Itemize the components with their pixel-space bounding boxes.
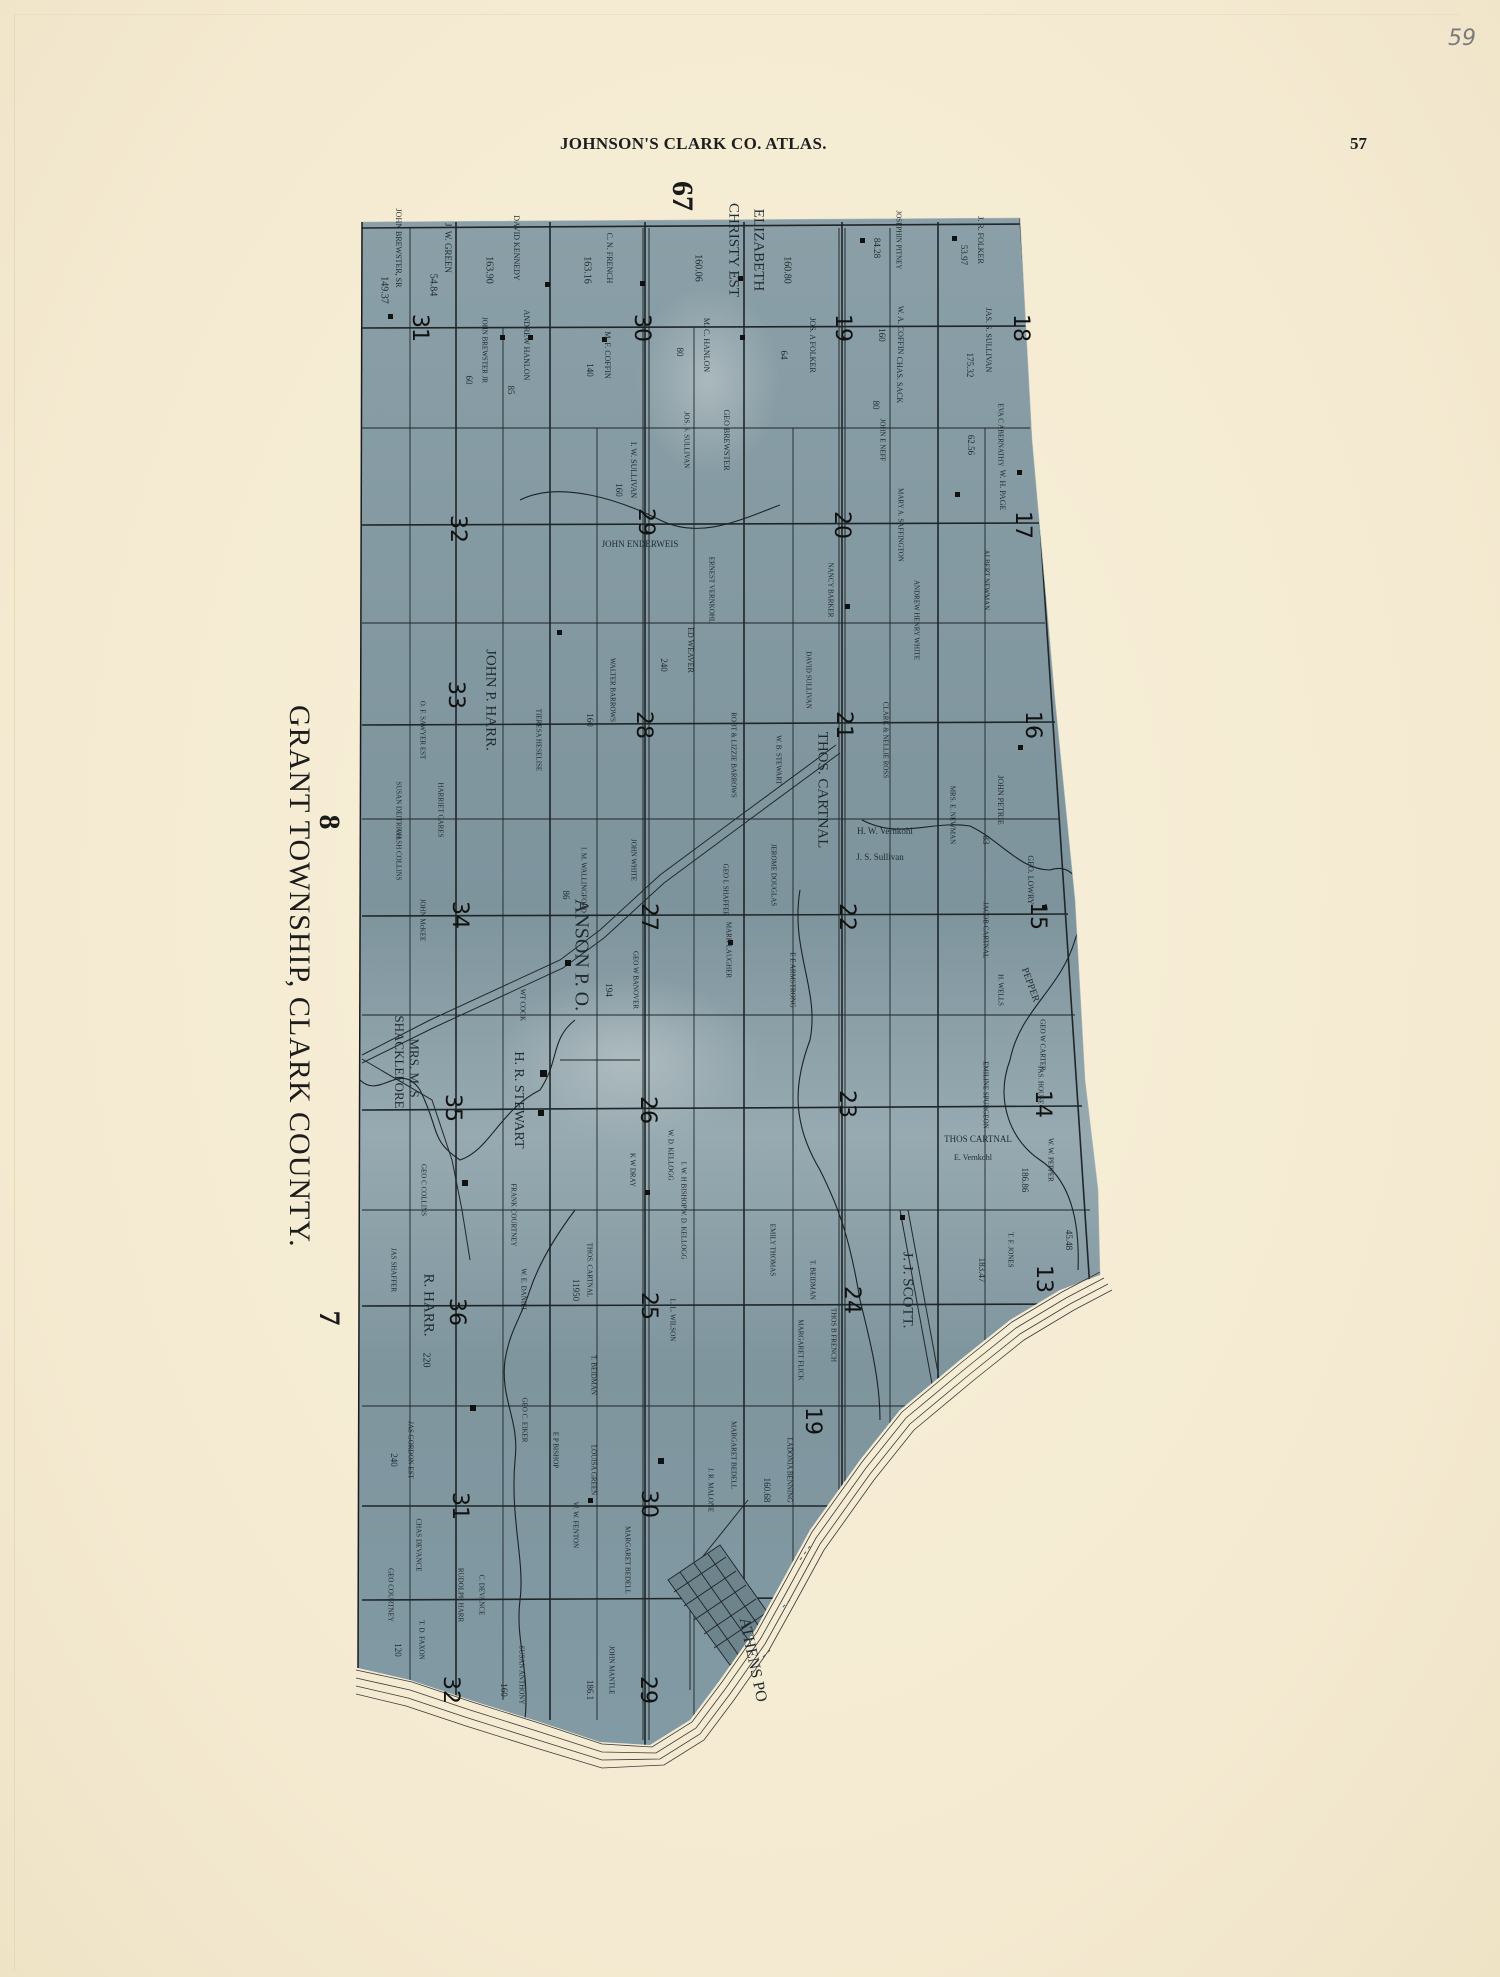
landowner-label: 160 [499, 1683, 509, 1697]
landowner-label: JOS. A FOLKER [808, 317, 817, 373]
place-label: J. S. Sullivan [856, 852, 904, 862]
section-number: 31 [407, 314, 432, 342]
landowner-label: FRANK COURTNEY [509, 1183, 517, 1246]
landowner-label: GEO L SHAFFER [721, 864, 729, 917]
landowner-label: ROBT & LIZZIE BARROWS [729, 712, 737, 798]
section-number: 29 [635, 1676, 660, 1704]
landowner-label: 120 [393, 1643, 403, 1657]
landowner-label: JOHN BREWSTER JR [480, 317, 488, 383]
landowner-label: JAS. HOUSE [1036, 1066, 1044, 1105]
landowner-label: JAS SHAFFER [389, 1248, 397, 1292]
landowner-label: THOS B FRENCH [829, 1308, 837, 1362]
section-number: 30 [636, 1490, 661, 1518]
landowner-label: T. F. JONES [1006, 1232, 1014, 1267]
landowner-label: JOHN MANTLE [607, 1646, 615, 1695]
section-number: 33 [443, 681, 468, 709]
landowner-label: 160.06 [693, 254, 704, 282]
landowner-label: 80 [871, 401, 881, 411]
landowner-label: GEO COURTNEY [386, 1568, 394, 1622]
landowner-label: JOHN McKEE [418, 899, 426, 942]
landowner-label: THOS. CARTNAL [585, 1243, 593, 1297]
landowner-label: GEO W CARTER [1038, 1019, 1046, 1071]
section-number: 19 [830, 314, 855, 342]
landowner-label: ANDREW HENRY WHITE [912, 580, 920, 660]
landowner-label: T. BEIDMAN [589, 1355, 597, 1395]
landowner-label: SUSAN ANTHONY [517, 1646, 525, 1705]
section-number: 32 [438, 1676, 463, 1704]
landowner-label: T. BEIDMAN [808, 1260, 816, 1300]
landowner-label: JAS GORDON EST [406, 1421, 414, 1479]
place-label: THOS CARTNAL [944, 1134, 1012, 1144]
landowner-label: JOHN E NEFF [878, 419, 886, 462]
landowner-label: 240 [659, 658, 669, 672]
landowner-label: WT COOK [518, 989, 526, 1021]
landowner-label: 86 [561, 891, 571, 901]
landowner-label: GEO W BANOVER [631, 951, 639, 1009]
landowner-label: ERNEST VERNKOHL [707, 557, 715, 623]
landowner-label: EVA C ABERNATHY [996, 403, 1004, 466]
section-number: 20 [829, 511, 854, 539]
place-label: R. HARR. [421, 1274, 437, 1337]
landowner-label: 83 [981, 836, 991, 846]
landowner-label: GEO BREWSTER [722, 409, 731, 471]
landowner-label: L. L. WILSON [668, 1299, 676, 1342]
landowner-label: MARGARET FLICK [796, 1319, 804, 1380]
landowner-label: W. D. KELLOGG [679, 1208, 687, 1259]
landowner-label: MARY A. SAFFINGTON [896, 488, 904, 562]
section-number: 18 [1008, 314, 1033, 342]
landowner-label: I. M. WALLINGFORD [579, 847, 587, 913]
section-number: 23 [834, 1090, 859, 1118]
landowner-label: W. W. FENTON [571, 1502, 579, 1548]
landowner-label: LADONIA BENNING [785, 1438, 793, 1503]
section-number: 22 [834, 903, 859, 931]
adjacent-township-number: 7 [313, 1311, 346, 1326]
section-number: 21 [831, 711, 856, 739]
landowner-label: WALTER BARROWS [608, 658, 616, 722]
section-number: 32 [445, 515, 470, 543]
section-number: 26 [635, 1096, 660, 1124]
landowner-label: 160 [877, 328, 887, 342]
landowner-label: H. WELLS [996, 974, 1004, 1006]
landowner-label: W. H. PAGE [998, 470, 1007, 511]
landowner-label: TIERESA HESELISE [534, 709, 542, 771]
landowner-label: 149.37 [379, 276, 390, 304]
landowner-label: 160.80 [782, 256, 793, 284]
landowner-label: JOSEPHIN PITNEY [894, 211, 902, 270]
landowner-label: W. D. KELLOGG [666, 1129, 674, 1180]
place-label: H. W. Vernkohl [857, 826, 913, 836]
landowner-label: 160 [585, 713, 595, 727]
section-number: 36 [444, 1298, 469, 1326]
landowner-label: MRS. E. NEWMAN [948, 786, 956, 844]
landowner-label: W. E. DANIEL [519, 1268, 527, 1311]
township-map: 6787 31301918322920173328211634272215352… [0, 0, 1500, 1977]
section-number: 15 [1025, 902, 1050, 930]
section-number: 31 [447, 1492, 472, 1520]
landowner-label: 85 [506, 386, 516, 396]
section-number: 30 [629, 314, 654, 342]
landowner-label: 62.56 [966, 435, 976, 456]
landowner-label: T. D. FAXON [417, 1620, 425, 1659]
landowner-label: JEROME DOUGLAS [769, 844, 777, 907]
landowner-label: W. A. COFFIN [896, 306, 905, 355]
landowner-label: I. W. SULLIVAN [629, 442, 638, 499]
landowner-label: MARGARET BEDELL [623, 1526, 631, 1594]
landowner-label: 186.86 [1020, 1168, 1030, 1193]
place-label: MRS. M. S [407, 1038, 422, 1097]
landowner-label: CLARK & NELLIE ROSS [881, 702, 889, 779]
landowner-label: 53.97 [959, 245, 969, 266]
landowner-label: JAS. S. SULLIVAN [984, 308, 993, 373]
landowner-label: 80 [675, 348, 685, 358]
landowner-label: 45.48 [1064, 1230, 1074, 1251]
section-number: 24 [839, 1286, 864, 1314]
place-label: THOS. CARTNAL [815, 732, 831, 849]
landowner-label: W. W. PEPPER [1046, 1138, 1054, 1182]
landowner-label: 60 [464, 376, 474, 386]
landowner-label: 163.16 [582, 256, 593, 284]
place-label: E. Vernkohl [954, 1153, 993, 1162]
place-label: JOHN P. HARR. [483, 649, 499, 751]
section-number: 17 [1010, 511, 1035, 539]
section-number: 19 [800, 1407, 825, 1435]
landowner-label: E E ARMSTRONG [788, 952, 796, 1008]
place-label: J. J. SCOTT. [900, 1252, 916, 1329]
landowner-label: 11950 [571, 1279, 581, 1302]
landowner-label: J. W. GREEN [443, 223, 453, 274]
section-number: 35 [440, 1094, 465, 1122]
place-label: ANSON P. O. [570, 899, 592, 1011]
landowner-label: RUDOLPH HARR [456, 1568, 464, 1623]
landowner-label: 54.84 [428, 274, 439, 297]
section-number: 29 [633, 508, 658, 536]
atlas-page: JOHNSON'S CLARK CO. ATLAS. 57 59 GRANT T… [0, 0, 1500, 1977]
landowner-label: K W DRAY [628, 1153, 636, 1187]
landowner-label: ANDREW HANLON [522, 310, 531, 381]
landowner-label: GEO C COLLINS [419, 1164, 427, 1216]
section-number: 27 [636, 903, 661, 931]
landowner-label: EMILY THOMAS [768, 1224, 776, 1276]
landowner-label: 160.68 [762, 1478, 772, 1503]
section-number: 25 [636, 1292, 661, 1320]
landowner-label: JACOB CARTNAL [981, 902, 989, 959]
landowner-label: DAVID SULLIVAN [804, 651, 812, 709]
adjacent-township-number: 67 [666, 181, 699, 211]
landowner-label: NANCY BARKER [826, 563, 834, 618]
landowner-label: CHAS. SACK [895, 357, 904, 404]
landowner-label: O. F. SAWYER EST [418, 701, 426, 760]
landowner-label: DAVID KENNEDY [512, 215, 521, 281]
landowner-label: 186.1 [585, 1680, 595, 1700]
landowner-label: JOHN PETRIE [996, 775, 1005, 825]
landowner-label: 220 [421, 1353, 432, 1368]
place-label: CHRISTY EST [726, 203, 742, 297]
landowner-label: CHAS DEVANCE [414, 1519, 422, 1572]
landowner-label: 64 [779, 351, 789, 361]
landowner-label: C. N. FRENCH [605, 233, 614, 284]
landowner-label: 84.28 [872, 238, 882, 259]
place-label: H. R. STEWART [511, 1051, 526, 1149]
place-label: ELIZABETH [751, 209, 767, 292]
landowner-label: ED WEAVER [686, 627, 695, 673]
landowner-label: 194 [604, 983, 614, 997]
landowner-label: 240 [389, 1453, 399, 1467]
landowner-label: 140 [585, 363, 595, 377]
landowner-label: GEO. LOWRY [1026, 855, 1035, 905]
landowner-label: I. W. H BISHOP [679, 1162, 687, 1209]
landowner-label: MARK LAUGHER [724, 922, 732, 979]
landowner-label: M. F. COFFIN [603, 331, 612, 379]
section-number: 13 [1031, 1265, 1056, 1293]
landowner-label: 163.90 [484, 256, 495, 284]
landowner-label: W. B. STEWART [774, 735, 782, 785]
landowner-label: ALBERT NEWMAN [982, 550, 990, 611]
landowner-label: JOS. S. SULLIVAN [682, 412, 690, 469]
landowner-label: 183.47 [977, 1258, 987, 1283]
landowner-label: JOHN BREWSTER, SR [394, 209, 403, 289]
landowner-label: J. R. FOLKER [976, 216, 985, 264]
landowner-label: M. C. HANLON [702, 318, 711, 372]
landowner-label: E P BISHOP [551, 1432, 559, 1468]
landowner-label: MARGARET BEDELL [729, 1421, 737, 1489]
landowner-label: EMILINE SPURGEON [981, 1061, 989, 1128]
section-number: 28 [631, 711, 656, 739]
landowner-label: HARRIET GARES [436, 783, 444, 838]
place-label: JOHN ENDERWEIS [602, 539, 679, 549]
section-number: 16 [1020, 711, 1045, 739]
adjacent-township-number: 8 [313, 815, 346, 830]
landowner-label: GEO C. EIKER [520, 1398, 528, 1443]
landowner-label: 160 [614, 483, 624, 497]
landowner-label: 175.32 [965, 353, 975, 378]
landowner-label: C. DEVANCE [477, 1575, 485, 1616]
landowner-label: WASH COLLINS [394, 829, 402, 880]
section-number: 34 [447, 901, 472, 929]
landowner-label: LOUISA GREEN [589, 1445, 597, 1495]
place-label: SHACKLEFORE [392, 1015, 407, 1108]
landowner-label: J. R. MALONE [706, 1468, 714, 1512]
landowner-label: JOHN WHITE [629, 839, 637, 881]
